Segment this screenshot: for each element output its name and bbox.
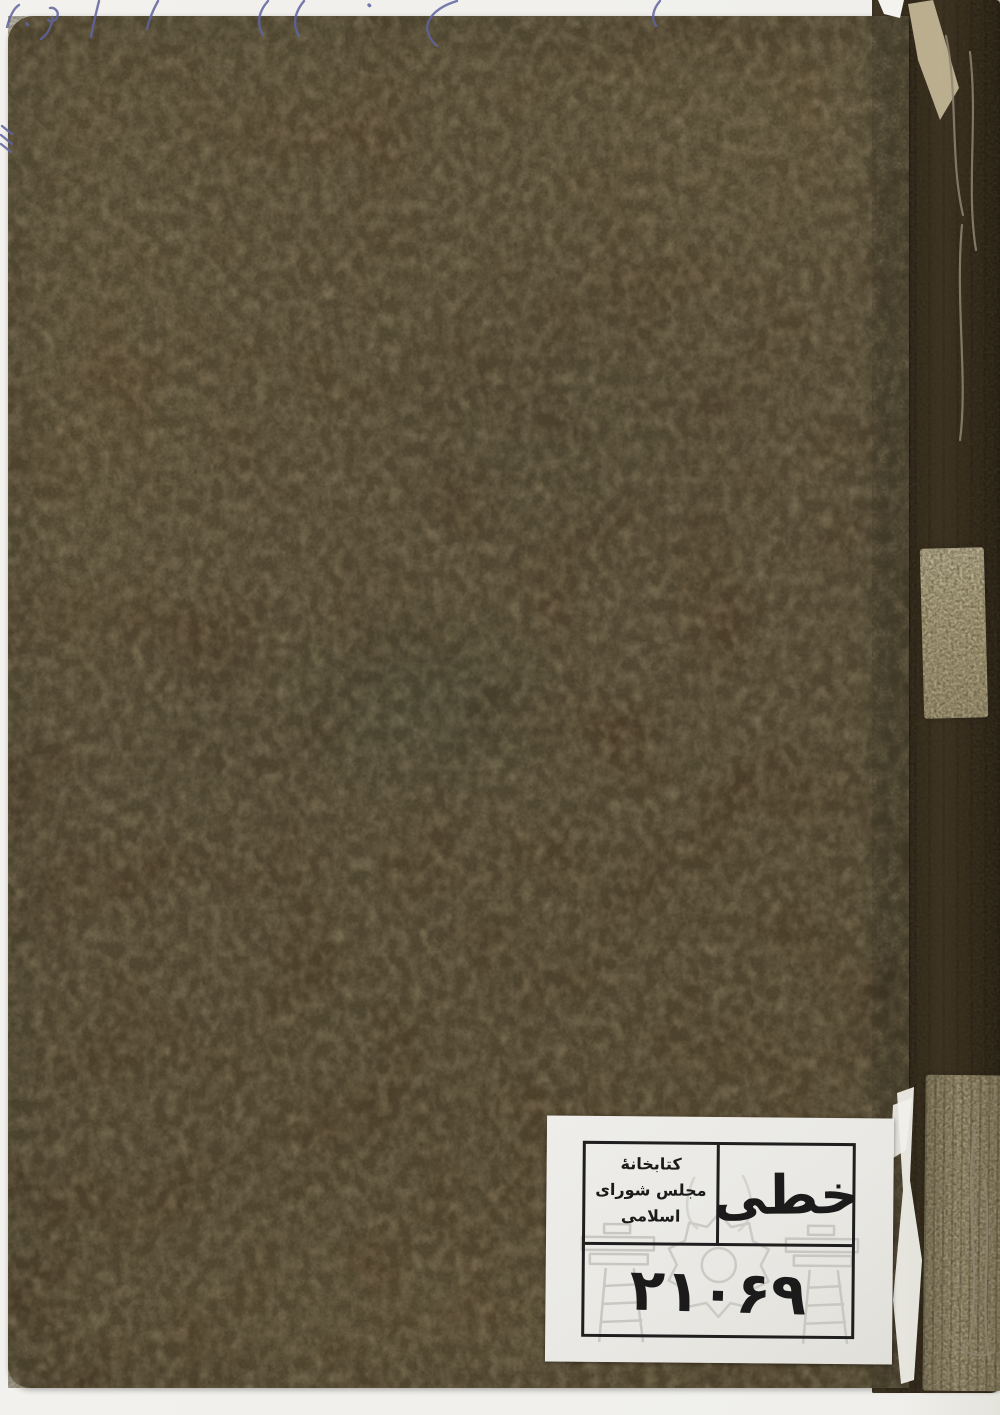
- label-grid: کتابخانهٔ مجلس شورای اسلامی خطی ۲۱۰۶۹: [581, 1141, 856, 1339]
- label-cell-category: خطی: [719, 1145, 853, 1244]
- library-name-line3: اسلامی: [585, 1203, 716, 1230]
- spine-label-patch: [920, 547, 988, 719]
- label-cell-library-name: کتابخانهٔ مجلس شورای اسلامی: [585, 1144, 717, 1243]
- library-label: کتابخانهٔ مجلس شورای اسلامی خطی ۲۱۰۶۹: [545, 1115, 894, 1364]
- library-name-line2: مجلس شورای: [585, 1177, 716, 1204]
- library-name-line1: کتابخانهٔ: [586, 1151, 717, 1178]
- page-block-edges: [922, 1075, 1000, 1392]
- manuscript-scan: کتابخانهٔ مجلس شورای اسلامی خطی ۲۱۰۶۹: [0, 0, 1000, 1415]
- label-cell-number: ۲۱۰۶۹: [583, 1242, 853, 1342]
